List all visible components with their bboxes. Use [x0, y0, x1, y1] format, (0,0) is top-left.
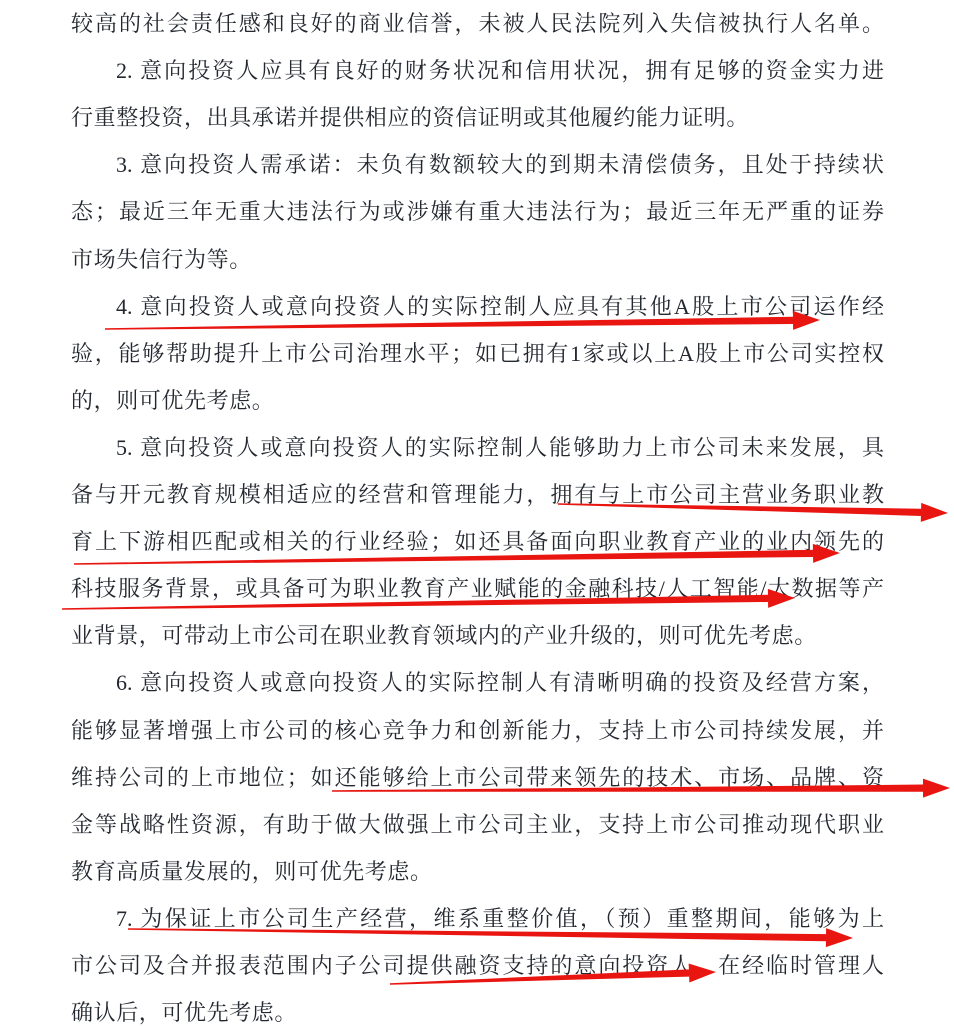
text-line: 教育高质量发展的，则可优先考虑。: [71, 857, 884, 889]
text-line: 3. 意向投资人需承诺：未负有数额较大的到期未清偿债务，且处于持续状: [71, 150, 884, 182]
text-line: 维持公司的上市地位；如还能够给上市公司带来领先的技术、市场、品牌、资: [71, 763, 884, 795]
text-line: 态；最近三年无重大违法行为或涉嫌有重大违法行为；最近三年无严重的证券: [71, 197, 884, 229]
text-line: 2. 意向投资人应具有良好的财务状况和信用状况，拥有足够的资金实力进: [71, 56, 884, 88]
text-line: 的，则可优先考虑。: [71, 386, 884, 418]
text-line: 市场失信行为等。: [71, 245, 884, 277]
text-line: 7. 为保证上市公司生产经营，维系重整价值，（预）重整期间，能够为上: [71, 904, 884, 936]
text-line: 备与开元教育规模相适应的经营和管理能力，拥有与上市公司主营业务职业教: [71, 480, 884, 512]
text-line: 验，能够帮助提升上市公司治理水平；如已拥有1家或以上A股上市公司实控权: [71, 339, 884, 371]
text-line: 5. 意向投资人或意向投资人的实际控制人能够助力上市公司未来发展，具: [71, 433, 884, 465]
text-line: 6. 意向投资人或意向投资人的实际控制人有清晰明确的投资及经营方案，: [71, 668, 884, 700]
text-line: 科技服务背景，或具备可为职业教育产业赋能的金融科技/人工智能/大数据等产: [71, 574, 884, 606]
text-line: 确认后，可优先考虑。: [71, 998, 884, 1026]
text-line: 金等战略性资源，有助于做大做强上市公司主业，支持上市公司推动现代职业: [71, 810, 884, 842]
text-line: 能够显著增强上市公司的核心竞争力和创新能力，支持上市公司持续发展，并: [71, 716, 884, 748]
text-line: 4. 意向投资人或意向投资人的实际控制人应具有其他A股上市公司运作经: [71, 292, 884, 324]
text-line: 市公司及合并报表范围内子公司提供融资支持的意向投资人，在经临时管理人: [71, 951, 884, 983]
text-line: 行重整投资，出具承诺并提供相应的资信证明或其他履约能力证明。: [71, 103, 884, 135]
page-text: 较高的社会责任感和良好的商业信誉，未被人民法院列入失信被执行人名单。 2. 意向…: [0, 0, 954, 1026]
text-line: 较高的社会责任感和良好的商业信誉，未被人民法院列入失信被执行人名单。: [71, 9, 884, 41]
document-page: 较高的社会责任感和良好的商业信誉，未被人民法院列入失信被执行人名单。 2. 意向…: [0, 0, 954, 1026]
text-line: 业背景，可带动上市公司在职业教育领域内的产业升级的，则可优先考虑。: [71, 621, 884, 653]
text-line: 育上下游相匹配或相关的行业经验；如还具备面向职业教育产业的业内领先的: [71, 527, 884, 559]
